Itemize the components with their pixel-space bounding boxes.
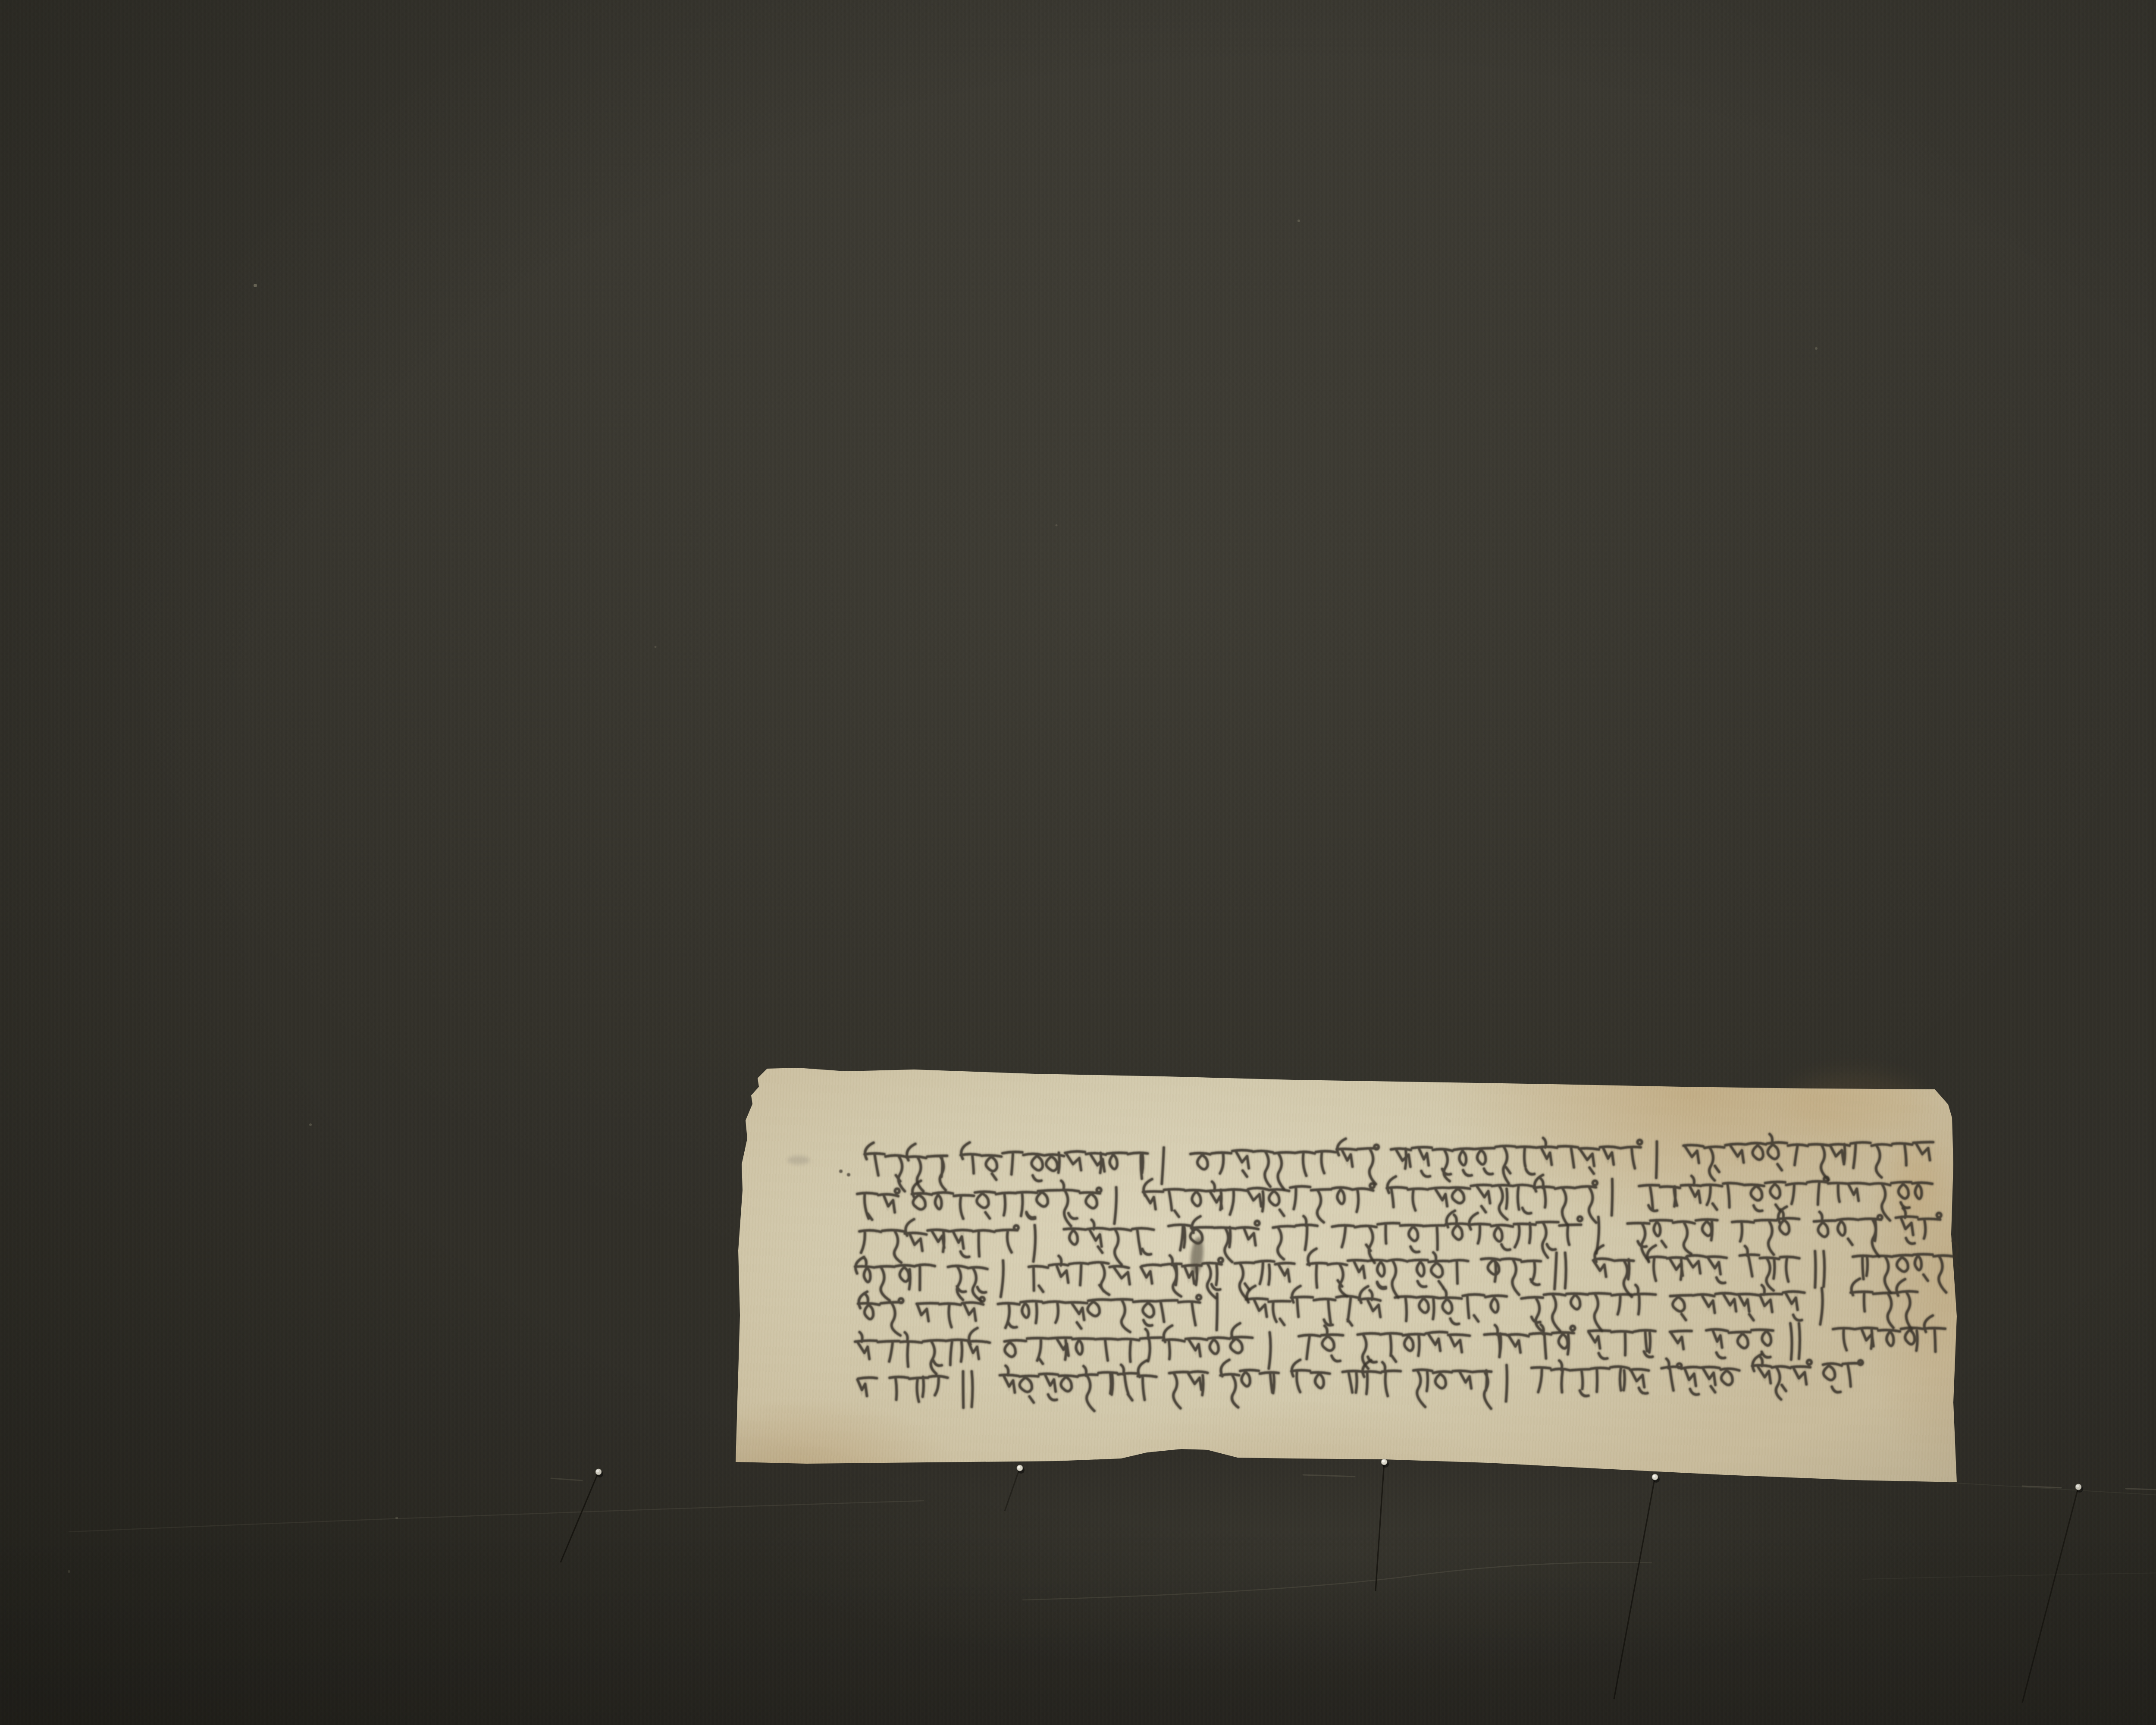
invocation-dot [847,1173,850,1176]
photograph-stage: নিত্যেষা বিশ্বরূপাসনাতনী । শরচ্চন্দ্রনিভ… [0,0,2156,1725]
pin-head-highlight [1382,1460,1385,1462]
pin-shaft [2022,1487,2078,1703]
dust-speck [395,1517,398,1519]
pin-shaft [561,1472,599,1562]
pencil-smudge [787,1156,810,1164]
handwriting-ink [839,1134,1963,1411]
manuscript-line-ink-bleed [858,1355,1863,1411]
scratch-mark [1863,1568,2156,1579]
scratch-mark [1949,1483,2156,1520]
photo-marks-layer [0,0,2156,1725]
pin-shaft [1614,1477,1655,1699]
pin-shaft [1376,1462,1384,1591]
pin-shaft [1005,1468,1020,1511]
board-scratches [69,1475,2156,1600]
pin-head-highlight [1018,1466,1020,1468]
paper-stain [1785,1074,1923,1134]
scratch-mark [1023,1562,1651,1600]
dust-specks [68,220,2156,1636]
pin-head-highlight [596,1470,599,1472]
dust-speck [1815,347,1818,350]
mounting-pins [561,1459,2156,1703]
dust-speck [68,1570,70,1573]
pin-head-highlight [1653,1475,1655,1477]
dust-speck [254,284,257,287]
pin-head-highlight [2076,1485,2079,1487]
dust-speck [1297,220,1300,222]
dust-speck [655,646,657,648]
scratch-mark [551,1478,582,1480]
invocation-dot [839,1170,843,1173]
scratch-mark [69,1501,924,1532]
dust-speck [309,1123,312,1126]
dust-speck [1056,524,1058,527]
scratch-mark [1303,1475,1355,1477]
